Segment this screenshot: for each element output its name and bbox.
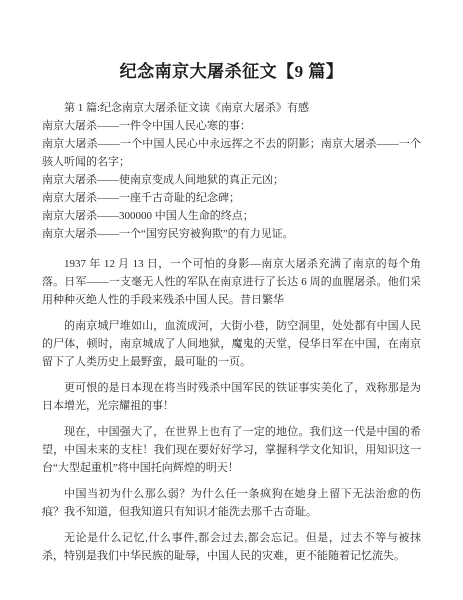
paragraph: 现在，中国强大了，在世界上也有了一定的地位。我们这一代是中国的希望，中国未来的支… (42, 423, 421, 477)
list-line: 南京大屠杀——使南京变成人间地狱的真正元凶； (42, 171, 421, 189)
paragraph: 的南京城尸堆如山，血流成河，大街小巷，防空洞里，处处都有中国人民的尸体，顿时，南… (42, 317, 421, 371)
paragraph: 中国当初为什么那么弱？为什么任一条疯狗在她身上留下无法治愈的伤痕？我不知道，但我… (42, 485, 421, 521)
list-line: 南京大屠杀——300000 中国人生命的终点； (42, 207, 421, 225)
list-line: 南京大屠杀——一件令中国人民心寒的事： (42, 117, 421, 135)
essay-section-heading: 第 1 篇:纪念南京大屠杀征文读《南京大屠杀》有感 (42, 99, 421, 117)
list-line: 南京大屠杀——一个中国人民心中永远挥之不去的阴影；南京大屠杀——一个骇人听闻的名… (42, 135, 421, 171)
list-line: 南京大屠杀——一座千古奇耻的纪念碑； (42, 189, 421, 207)
document-body: 第 1 篇:纪念南京大屠杀征文读《南京大屠杀》有感 南京大屠杀——一件令中国人民… (42, 99, 421, 565)
document-page: 纪念南京大屠杀征文【9 篇】 第 1 篇:纪念南京大屠杀征文读《南京大屠杀》有感… (0, 0, 463, 600)
paragraph: 更可恨的是日本现在将当时残杀中国军民的铁证事实美化了，戏称那是为日本增光，光宗耀… (42, 379, 421, 415)
paragraph: 1937 年 12 月 13 日，一个可怕的身影—南京大屠杀充满了南京的每个角落… (42, 255, 421, 309)
paragraph: 无论是什么记忆,什么事件,都会过去,都会忘记。但是，过去不等与被抹杀，特别是我们… (42, 529, 421, 565)
document-title: 纪念南京大屠杀征文【9 篇】 (42, 60, 421, 84)
list-line: 南京大屠杀——一个“国穷民穷被狗欺”的有力见证。 (42, 225, 421, 243)
